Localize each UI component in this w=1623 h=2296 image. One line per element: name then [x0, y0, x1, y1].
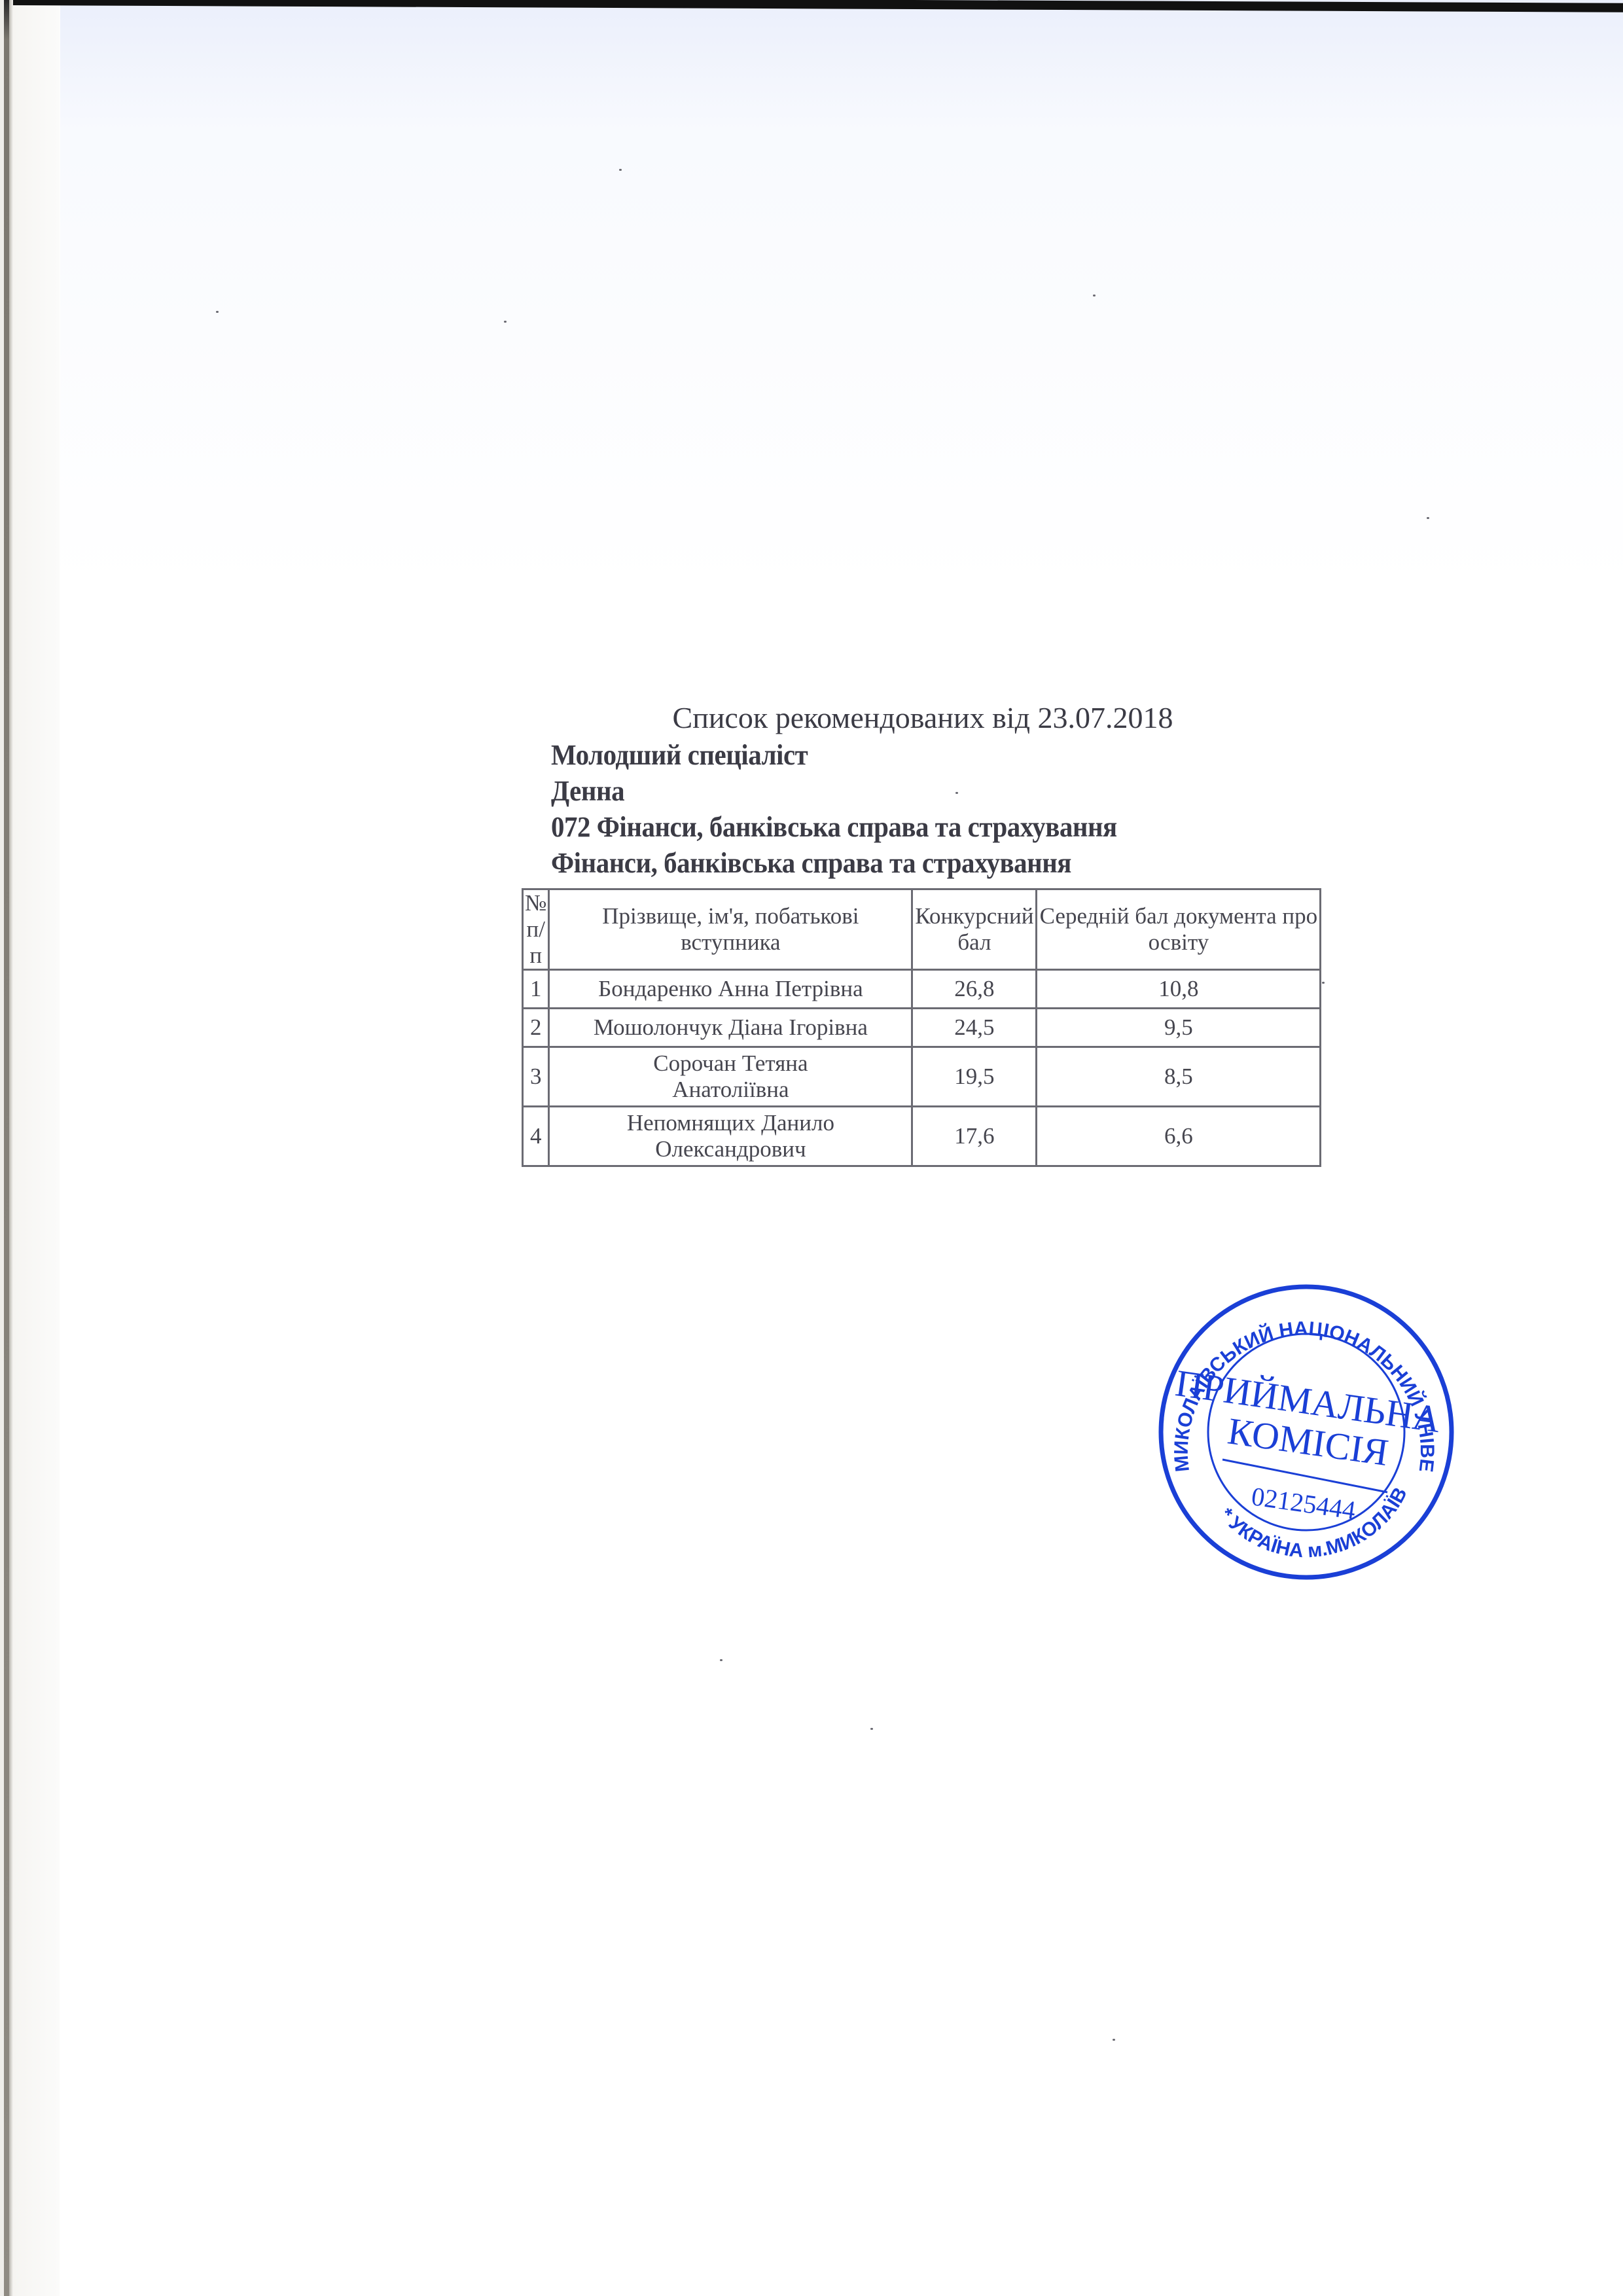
admissions-committee-stamp: МИКОЛАЇВСЬКИЙ НАЦІОНАЛЬНИЙ УНІВЕРСИТЕТ І… — [1150, 1283, 1465, 1584]
header-number: № п/п — [523, 889, 549, 970]
row-number: 1 — [523, 970, 549, 1009]
scan-speck — [720, 1659, 722, 1661]
table-row: 1 Бондаренко Анна Петрівна 26,8 10,8 — [523, 970, 1321, 1009]
competitive-score: 24,5 — [912, 1009, 1037, 1047]
study-form-label: Денна — [551, 774, 624, 808]
table-row: 2 Мошолончук Діана Ігорівна 24,5 9,5 — [523, 1009, 1321, 1047]
average-score: 8,5 — [1037, 1047, 1321, 1107]
scan-speck — [955, 792, 958, 794]
competitive-score: 26,8 — [912, 970, 1037, 1009]
program-label: Фінанси, банківська справа та страхуванн… — [551, 846, 1071, 880]
scan-speck — [1322, 982, 1325, 984]
table-row: 3 Сорочан Тетяна Анатоліївна 19,5 8,5 — [523, 1047, 1321, 1107]
stamp-seal-icon: МИКОЛАЇВСЬКИЙ НАЦІОНАЛЬНИЙ УНІВЕРСИТЕТ І… — [1150, 1283, 1465, 1584]
competitive-score: 17,6 — [912, 1107, 1037, 1166]
table-row: 4 Непомнящих Данило Олександрович 17,6 6… — [523, 1107, 1321, 1166]
scan-speck — [504, 321, 507, 323]
svg-text:02125444: 02125444 — [1250, 1481, 1358, 1525]
applicant-name: Бондаренко Анна Петрівна — [549, 970, 912, 1009]
applicant-name: Сорочан Тетяна Анатоліївна — [549, 1047, 912, 1107]
row-number: 3 — [523, 1047, 549, 1107]
scan-speck — [870, 1728, 873, 1730]
header-name: Прізвище, ім'я, побатькові вступника — [549, 889, 912, 970]
scan-speck — [1427, 517, 1429, 519]
header-average-score: Середній бал документа про освіту — [1037, 889, 1321, 970]
scan-left-edge — [0, 0, 60, 2296]
applicant-name: Мошолончук Діана Ігорівна — [549, 1009, 912, 1047]
scan-edge-strip — [4, 0, 9, 2296]
scan-speck — [619, 169, 622, 171]
average-score: 6,6 — [1037, 1107, 1321, 1166]
document-title: Список рекомендованих від 23.07.2018 — [111, 700, 1623, 735]
competitive-score: 19,5 — [912, 1047, 1037, 1107]
header-competitive-score: Конкурсний бал — [912, 889, 1037, 970]
average-score: 10,8 — [1037, 970, 1321, 1009]
scan-speck — [216, 311, 219, 313]
scan-tint — [60, 0, 1623, 589]
scan-speck — [1113, 2039, 1115, 2041]
row-number: 2 — [523, 1009, 549, 1047]
specialty-label: 072 Фінанси, банківська справа та страху… — [551, 810, 1117, 844]
scan-speck — [1093, 295, 1096, 296]
degree-label: Молодший спеціаліст — [551, 738, 808, 772]
table-header-row: № п/п Прізвище, ім'я, побатькові вступни… — [523, 889, 1321, 970]
applicant-name: Непомнящих Данило Олександрович — [549, 1107, 912, 1166]
row-number: 4 — [523, 1107, 549, 1166]
average-score: 9,5 — [1037, 1009, 1321, 1047]
recommended-list-table: № п/п Прізвище, ім'я, побатькові вступни… — [522, 888, 1321, 1167]
